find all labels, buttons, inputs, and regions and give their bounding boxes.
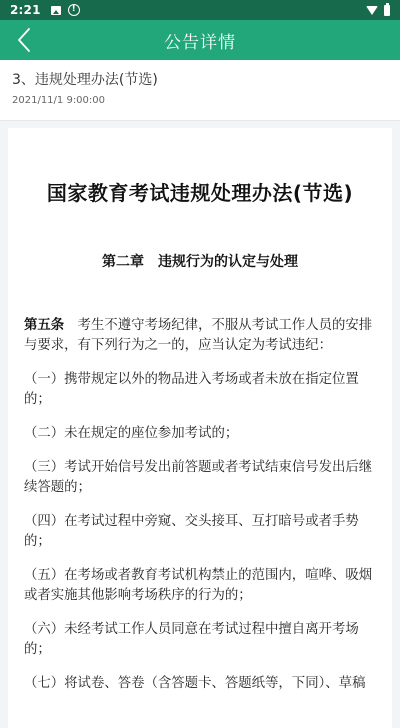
notice-date: 2021/11/1 9:00:00 xyxy=(12,95,388,106)
article-lead: 第五条 xyxy=(24,318,64,333)
app-bar: 公告详情 xyxy=(0,20,400,60)
chapter-title: 第二章 违规行为的认定与处理 xyxy=(24,252,376,272)
image-icon xyxy=(51,6,61,15)
document-card[interactable]: 国家教育考试违规处理办法(节选) 第二章 违规行为的认定与处理 第五条 考生不遵… xyxy=(8,128,392,711)
status-time: 2:21 xyxy=(10,3,41,17)
list-item: （四）在考试过程中旁窥、交头接耳、互打暗号或者手势的； xyxy=(24,512,376,552)
document-title: 国家教育考试违规处理办法(节选) xyxy=(24,180,376,206)
back-button[interactable] xyxy=(10,26,38,54)
notice-header: 3、违规处理办法(节选) 2021/11/1 9:00:00 xyxy=(0,60,400,121)
chevron-left-icon xyxy=(16,27,32,53)
alert-circle-icon: ! xyxy=(68,4,80,16)
list-item: （七）将试卷、答卷（含答题卡、答题纸等，下同）、草稿 xyxy=(24,674,376,694)
wifi-icon xyxy=(366,6,378,15)
status-right xyxy=(366,5,390,16)
article-text: 考生不遵守考场纪律，不服从考试工作人员的安排与要求，有下列行为之一的，应当认定为… xyxy=(24,318,372,353)
list-item: （三）考试开始信号发出前答题或者考试结束信号发出后继续答题的； xyxy=(24,458,376,498)
notice-title: 3、违规处理办法(节选) xyxy=(12,70,388,90)
list-item: （五）在考场或者教育考试机构禁止的范围内，喧哗、吸烟或者实施其他影响考场秩序的行… xyxy=(24,566,376,606)
document-body: 第五条 考生不遵守考场纪律，不服从考试工作人员的安排与要求，有下列行为之一的，应… xyxy=(24,316,376,694)
battery-icon xyxy=(384,5,390,16)
list-item: （二）未在规定的座位参加考试的； xyxy=(24,424,376,444)
article-paragraph: 第五条 考生不遵守考场纪律，不服从考试工作人员的安排与要求，有下列行为之一的，应… xyxy=(24,316,376,356)
page-title: 公告详情 xyxy=(164,28,236,53)
list-item: （六）未经考试工作人员同意在考试过程中擅自离开考场的； xyxy=(24,620,376,660)
status-bar: 2:21 ! xyxy=(0,0,400,20)
list-item: （一）携带规定以外的物品进入考场或者未放在指定位置的； xyxy=(24,370,376,410)
